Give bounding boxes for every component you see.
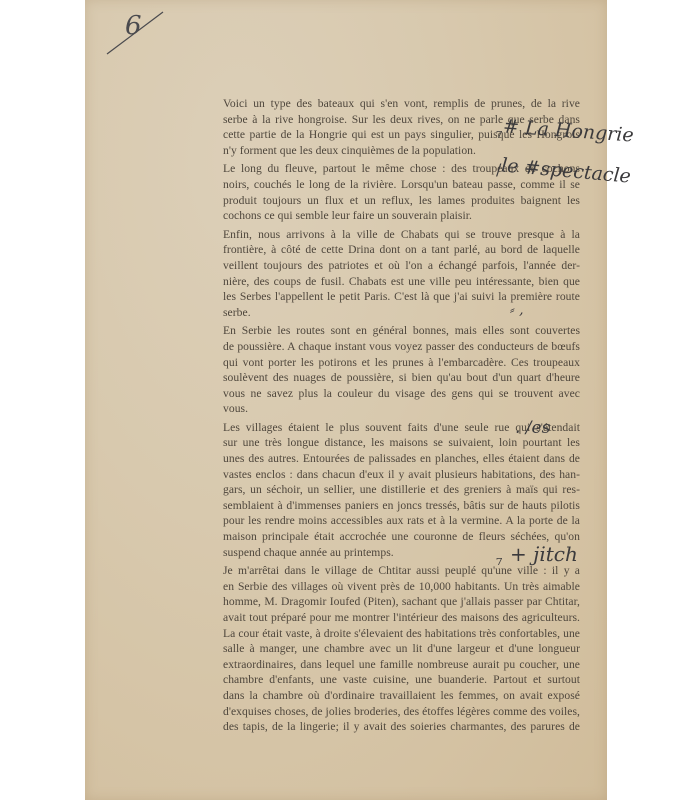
- text-line: homme, M. Dragomir Ioufed (Piten), sacha…: [203, 594, 580, 610]
- text-line: gars, un séchoir, un sellier, une distil…: [203, 482, 580, 498]
- text-line: Voici un type des bateaux qui s'en vont,…: [203, 96, 580, 112]
- handwritten-note-jitch: + jitch: [510, 542, 578, 566]
- text-line: d'exquises choses, de jolies broderies, …: [203, 704, 580, 720]
- text-line: en Serbie des villages où vivent près de…: [203, 579, 580, 595]
- text-line: unes des autres. Entourées de palissades…: [203, 451, 580, 467]
- text-line: extraordinaires, dans lequel une famille…: [203, 657, 580, 673]
- text-line: soulèvent des nuages de poussière, si bi…: [203, 370, 580, 386]
- text-line: cochons ce qui semble leur faire un souv…: [203, 208, 580, 224]
- paragraph-4: En Serbie les routes sont en général bon…: [203, 323, 580, 417]
- handwritten-note-es: . /es: [515, 418, 550, 438]
- text-line: veillent toujours des patriotes et où l'…: [203, 258, 580, 274]
- page-number-mark: 6: [105, 4, 165, 56]
- body-text: Voici un type des bateaux qui s'en vont,…: [203, 96, 580, 738]
- text-line: En Serbie les routes sont en général bon…: [203, 323, 580, 339]
- handwritten-note-comma: ⸗ ,: [510, 302, 524, 319]
- text-line: semblaient à d'immenses paniers en joncs…: [203, 498, 580, 514]
- text-line: pour les rendre moins accessibles aux ra…: [203, 513, 580, 529]
- paragraph-5: Les villages étaient le plus souvent fai…: [203, 420, 580, 560]
- svg-text:6: 6: [125, 11, 142, 41]
- text-line: vastes enclos : dans chacun d'eux il y a…: [203, 467, 580, 483]
- margin-mark: /: [496, 160, 501, 179]
- text-line: dans la chambre où d'ordinaire travailla…: [203, 688, 580, 704]
- text-line: noirs, couchés le long de la rivière. Lo…: [203, 177, 580, 193]
- text-line: qui vont porter les potirons et les prun…: [203, 355, 580, 371]
- text-line: Enfin, nous arrivons à la ville de Chaba…: [203, 227, 580, 243]
- text-line: vous ne savez plus la couleur du visage …: [203, 386, 580, 402]
- text-line: des tapis, de la lingerie; il y avait de…: [203, 719, 580, 735]
- paragraph-6: Je m'arrêtai dans le village de Chtitar …: [203, 563, 580, 735]
- text-line: nière, des coups de fusil. Chabats est u…: [203, 274, 580, 290]
- text-line: salle à manger, une chambre avec un lit …: [203, 641, 580, 657]
- text-line: frontière, à côté de cette Drina dont on…: [203, 242, 580, 258]
- text-line: produit toujours un flux et un reflux, l…: [203, 193, 580, 209]
- text-line: avait tout préparé pour me montrer l'int…: [203, 610, 580, 626]
- margin-mark: ⁷: [496, 128, 502, 147]
- text-line: La cour était vaste, à droite s'élevaien…: [203, 626, 580, 642]
- text-line: vous.: [203, 401, 580, 417]
- text-line: chambre d'enfants, une vaste cuisine, un…: [203, 672, 580, 688]
- text-line: de poussière. A chaque instant vous voye…: [203, 339, 580, 355]
- document-page: 6 Voici un type des bateaux qui s'en von…: [85, 0, 607, 800]
- margin-mark: ⁷: [496, 555, 502, 574]
